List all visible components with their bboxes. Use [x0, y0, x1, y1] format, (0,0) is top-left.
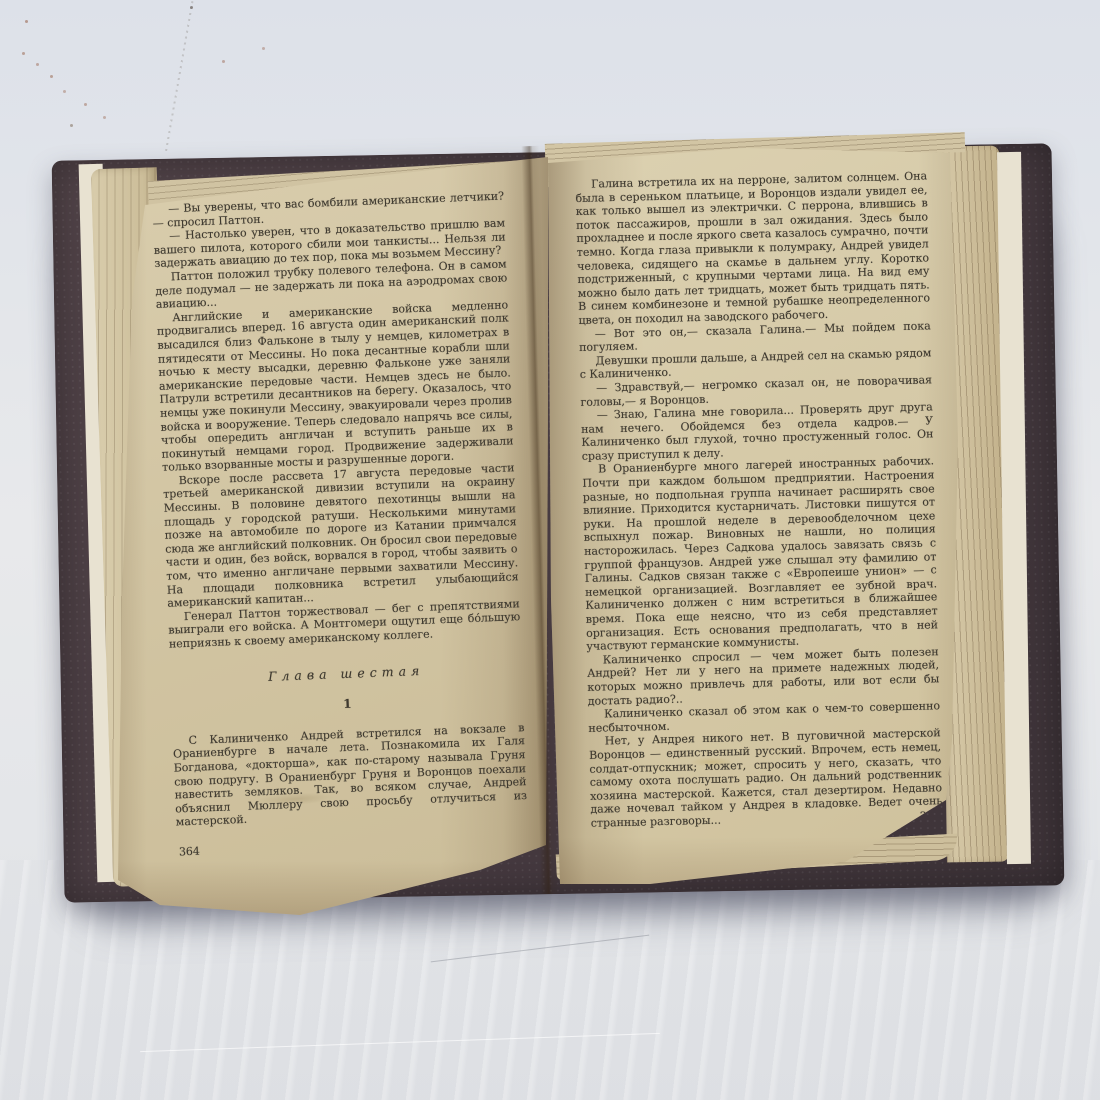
paragraph: Галина встретила их на перроне, залитом …: [575, 169, 931, 327]
left-page-paragraphs: — Вы уверены, что вас бомбили американск…: [152, 189, 521, 651]
paragraph: Английские и американские войска медленн…: [156, 298, 514, 475]
chapter-heading: Глава шестая: [170, 660, 522, 687]
paragraph: С Калиниченко Андрей встретился на вокза…: [172, 721, 527, 830]
right-page: Галина встретила их на перроне, залитом …: [540, 135, 970, 895]
left-page-section-paragraphs: С Калиниченко Андрей встретился на вокза…: [172, 721, 527, 830]
paragraph: Калиниченко спросил — чем может быть пол…: [587, 645, 940, 708]
section-number: 1: [171, 691, 523, 718]
open-book: — Вы уверены, что вас бомбили американск…: [0, 0, 1100, 1100]
left-page: — Вы уверены, что вас бомбили американск…: [105, 148, 555, 923]
right-page-text: Галина встретила их на перроне, залитом …: [575, 169, 943, 830]
right-page-paragraphs: Галина встретила их на перроне, залитом …: [575, 169, 943, 830]
photo-scene: — Вы уверены, что вас бомбили американск…: [0, 0, 1100, 1100]
page-number-left: 364: [179, 832, 529, 859]
paragraph: — Знаю, Галина мне говорила... Проверять…: [581, 400, 934, 463]
paragraph: Вскоре после рассвета 17 августа передов…: [162, 461, 519, 610]
paragraph: В Ораниенбурге много лагерей иностранных…: [582, 455, 939, 654]
left-page-text: — Вы уверены, что вас бомбили американск…: [152, 189, 529, 859]
